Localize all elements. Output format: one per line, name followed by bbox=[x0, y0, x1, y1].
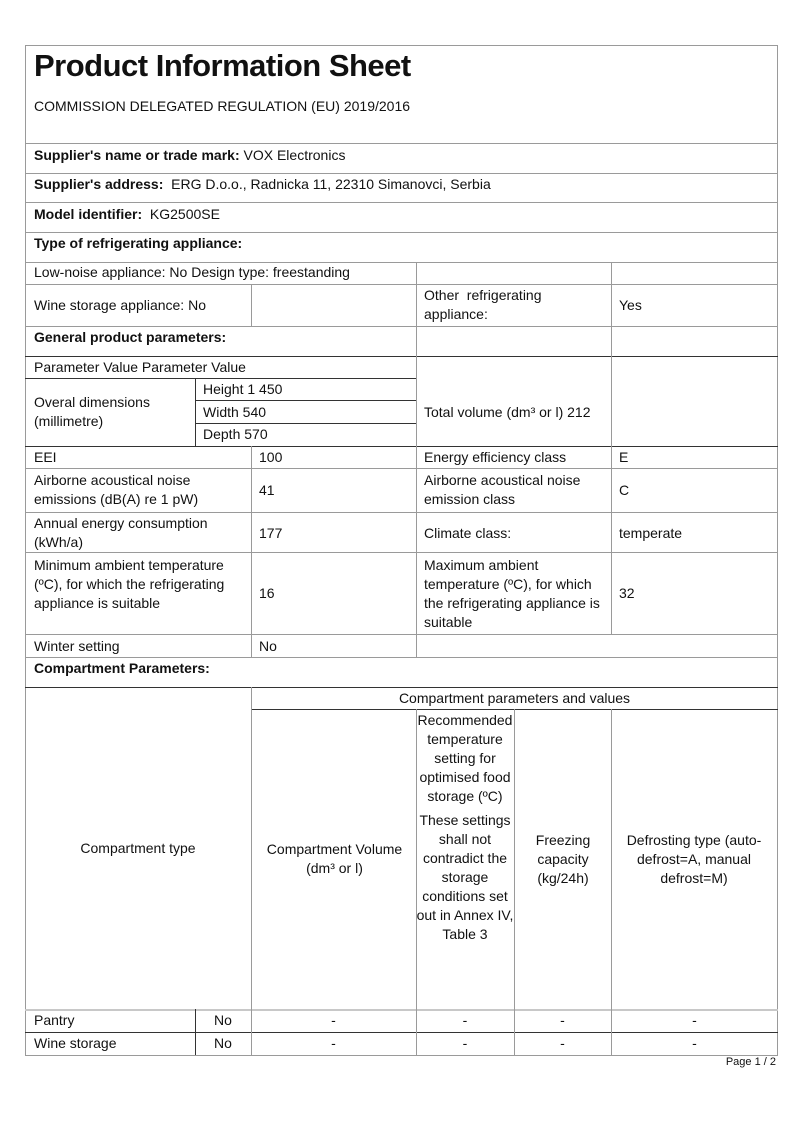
row-wine-defrost: - bbox=[611, 1034, 778, 1053]
dimension-height: Height 1 450 bbox=[203, 380, 282, 399]
total-volume: Total volume (dm³ or l) 212 bbox=[424, 403, 591, 422]
supplier-name-value: VOX Electronics bbox=[244, 147, 346, 163]
low-noise-design: Low-noise appliance: No Design type: fre… bbox=[34, 263, 350, 282]
min-ambient-label: Minimum ambient temperature (ºC), for wh… bbox=[34, 556, 246, 613]
other-appliance-label: Other refrigerating appliance: bbox=[424, 286, 604, 324]
climate-class-value: temperate bbox=[619, 524, 682, 543]
model-row: Model identifier: KG2500SE bbox=[34, 205, 220, 224]
general-heading: General product parameters: bbox=[34, 328, 226, 347]
supplier-name-row: Supplier's name or trade mark: VOX Elect… bbox=[34, 146, 345, 165]
eei-label: EEI bbox=[34, 448, 57, 467]
col-compartment-type: Compartment type bbox=[25, 839, 251, 858]
model-label: Model identifier: bbox=[34, 206, 142, 222]
row-wine-type: Wine storage bbox=[34, 1034, 116, 1053]
supplier-address-value: ERG D.o.o., Radnicka 11, 22310 Simanovci… bbox=[171, 176, 491, 192]
appliance-type-heading: Type of refrigerating appliance: bbox=[34, 234, 242, 253]
col-compartment-volume: Compartment Volume (dm³ or l) bbox=[262, 840, 407, 878]
row-pantry-volume: - bbox=[251, 1011, 416, 1030]
noise-class-label: Airborne acoustical noise emission class bbox=[424, 471, 604, 509]
noise-label: Airborne acoustical noise emissions (dB(… bbox=[34, 471, 244, 509]
row-pantry-temp: - bbox=[416, 1011, 514, 1030]
supplier-name-label: Supplier's name or trade mark: bbox=[34, 147, 240, 163]
dimension-width: Width 540 bbox=[203, 403, 266, 422]
row-wine-temp: - bbox=[416, 1034, 514, 1053]
supplier-address-label: Supplier's address: bbox=[34, 176, 163, 192]
row-pantry-type: Pantry bbox=[34, 1011, 74, 1030]
col-recommended-temp: Recommended temperature setting for opti… bbox=[416, 711, 514, 944]
row-wine-volume: - bbox=[251, 1034, 416, 1053]
col-freezing-capacity: Freezing capacity (kg/24h) bbox=[520, 831, 606, 888]
row-pantry-present: No bbox=[195, 1011, 251, 1030]
page-title: Product Information Sheet bbox=[34, 48, 411, 84]
compartment-heading: Compartment Parameters: bbox=[34, 659, 210, 678]
climate-class-label: Climate class: bbox=[424, 524, 511, 543]
annual-energy-label: Annual energy consumption (kWh/a) bbox=[34, 514, 244, 552]
noise-class-value: C bbox=[619, 481, 629, 500]
energy-class-value: E bbox=[619, 448, 628, 467]
row-pantry-defrost: - bbox=[611, 1011, 778, 1030]
col-recommended-temp-title: Recommended temperature setting for opti… bbox=[416, 711, 514, 806]
energy-class-label: Energy efficiency class bbox=[424, 448, 566, 467]
max-ambient-value: 32 bbox=[619, 584, 635, 603]
row-wine-present: No bbox=[195, 1034, 251, 1053]
eei-value: 100 bbox=[259, 448, 282, 467]
supplier-address-row: Supplier's address: ERG D.o.o., Radnicka… bbox=[34, 175, 491, 194]
page-indicator: Page 1 / 2 bbox=[726, 1056, 776, 1068]
model-value: KG2500SE bbox=[150, 206, 220, 222]
regulation-text: COMMISSION DELEGATED REGULATION (EU) 201… bbox=[34, 97, 410, 116]
max-ambient-label: Maximum ambient temperature (ºC), for wh… bbox=[424, 556, 604, 632]
wine-storage-appliance: Wine storage appliance: No bbox=[34, 296, 206, 315]
dimension-depth: Depth 570 bbox=[203, 425, 268, 444]
col-defrosting-type: Defrosting type (auto-defrost=A, manual … bbox=[618, 831, 770, 888]
general-header-row: Parameter Value Parameter Value bbox=[34, 358, 246, 377]
dimensions-label: Overal dimensions (millimetre) bbox=[34, 393, 189, 431]
noise-value: 41 bbox=[259, 481, 275, 500]
col-recommended-temp-note: These settings shall not contradict the … bbox=[416, 811, 514, 944]
row-pantry-freezing: - bbox=[514, 1011, 611, 1030]
row-wine-freezing: - bbox=[514, 1034, 611, 1053]
min-ambient-value: 16 bbox=[259, 584, 275, 603]
winter-setting-label: Winter setting bbox=[34, 637, 120, 656]
compartment-group-header: Compartment parameters and values bbox=[251, 689, 778, 708]
annual-energy-value: 177 bbox=[259, 524, 282, 543]
other-appliance-value: Yes bbox=[619, 296, 642, 315]
winter-setting-value: No bbox=[259, 637, 277, 656]
